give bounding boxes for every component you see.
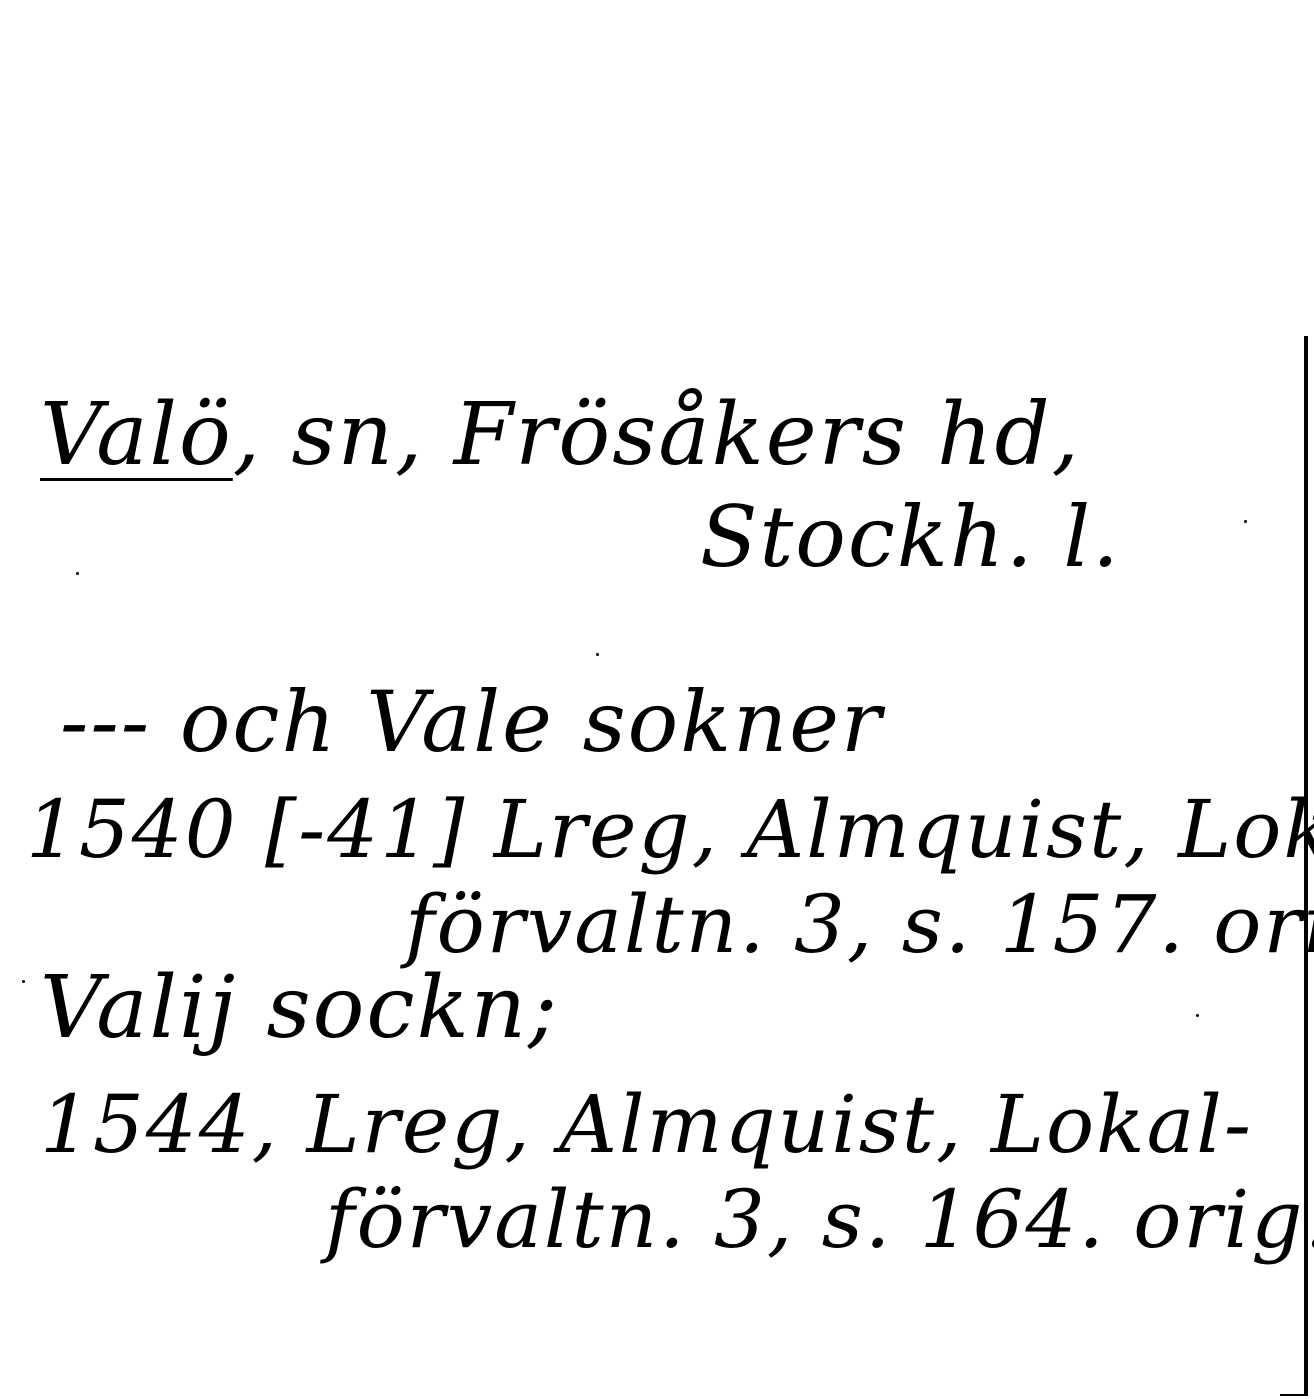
index-card: Valö, sn, Frösåkers hd, Stockh. l. --- o… <box>0 0 1314 1399</box>
citation-1-line-2: förvaltn. 3, s. 157. orig. <box>405 885 1314 965</box>
card-bottom-corner <box>1280 1394 1308 1396</box>
entry-line-variant-1: --- och Vale sokner <box>60 680 883 764</box>
entry-line-county: Stockh. l. <box>700 495 1121 579</box>
citation-2-line-2: förvaltn. 3, s. 164. orig. <box>325 1180 1314 1260</box>
entry-line-variant-2: Valij sockn; <box>40 965 559 1051</box>
scan-speck <box>76 572 79 575</box>
headword: Valö <box>40 385 233 485</box>
entry-line-1: Valö, sn, Frösåkers hd, <box>40 392 1081 478</box>
scan-speck <box>22 980 25 983</box>
parish-district: , sn, Frösåkers hd, <box>233 385 1081 485</box>
citation-1-line-1: 1540 [-41] Lreg, Almquist, Lokal- <box>26 790 1314 870</box>
scan-speck <box>596 653 599 656</box>
citation-2-line-1: 1544, Lreg, Almquist, Lokal- <box>40 1085 1253 1165</box>
scan-speck <box>1196 1014 1199 1017</box>
scan-speck <box>1244 520 1247 523</box>
